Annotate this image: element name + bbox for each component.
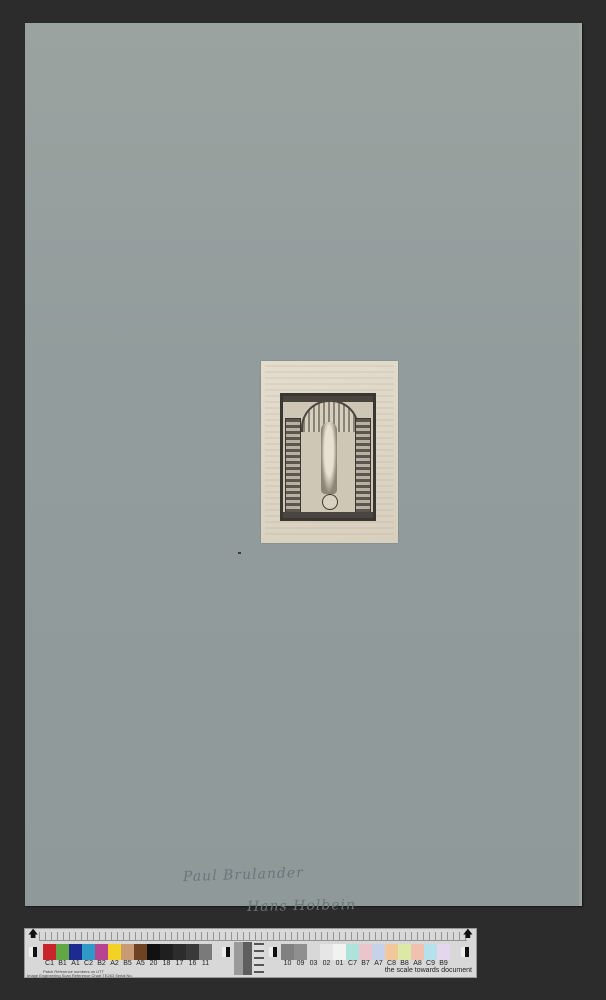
patch-label: B9 bbox=[437, 960, 450, 967]
patch-label: B1 bbox=[56, 960, 69, 967]
dust-speck bbox=[238, 552, 241, 554]
left-patch-labels: C1B1A1C2B2A2B5A52018171611 bbox=[43, 960, 212, 967]
contrast-marker bbox=[29, 947, 37, 957]
color-patch bbox=[134, 944, 147, 960]
fortune-figure bbox=[321, 422, 337, 494]
patch-label: 03 bbox=[307, 960, 320, 967]
arched-frame bbox=[280, 393, 376, 521]
patch-label: 20 bbox=[147, 960, 160, 967]
patch-label: C8 bbox=[385, 960, 398, 967]
right-color-patches bbox=[281, 944, 450, 960]
contrast-marker bbox=[269, 947, 277, 957]
color-patch bbox=[108, 944, 121, 960]
woodcut-print bbox=[261, 361, 398, 543]
color-patch bbox=[56, 944, 69, 960]
patch-label: 18 bbox=[160, 960, 173, 967]
patch-label: 02 bbox=[320, 960, 333, 967]
patch-label: 01 bbox=[333, 960, 346, 967]
gray-card-labels bbox=[254, 943, 264, 973]
frame-base bbox=[283, 512, 373, 518]
mounting-sheet: Paul Brulander Hans Holbein bbox=[25, 23, 582, 906]
left-pillar bbox=[285, 418, 301, 516]
patch-label: C2 bbox=[82, 960, 95, 967]
patch-label: A2 bbox=[108, 960, 121, 967]
color-patch bbox=[333, 944, 346, 960]
color-patch bbox=[359, 944, 372, 960]
right-pillar bbox=[355, 418, 371, 516]
patch-label: C1 bbox=[43, 960, 56, 967]
handwritten-note-1: Paul Brulander bbox=[183, 865, 304, 885]
patch-label: A5 bbox=[134, 960, 147, 967]
color-patch bbox=[398, 944, 411, 960]
left-color-patches bbox=[43, 944, 212, 960]
patch-label: A7 bbox=[372, 960, 385, 967]
color-patch bbox=[320, 944, 333, 960]
color-patch bbox=[294, 944, 307, 960]
color-patch bbox=[307, 944, 320, 960]
patch-label: A1 bbox=[69, 960, 82, 967]
right-patch-labels: 1009030201C7B7A7C8B8A8C9B9 bbox=[281, 960, 450, 967]
up-arrow-icon: 🡅 bbox=[28, 930, 38, 940]
color-patch bbox=[281, 944, 294, 960]
gray-card bbox=[234, 942, 252, 975]
patch-label: B7 bbox=[359, 960, 372, 967]
color-patch bbox=[121, 944, 134, 960]
globe bbox=[322, 494, 338, 510]
color-patch bbox=[186, 944, 199, 960]
color-patch bbox=[372, 944, 385, 960]
color-patch bbox=[424, 944, 437, 960]
contrast-marker bbox=[222, 947, 230, 957]
color-patch bbox=[346, 944, 359, 960]
patch-label: B5 bbox=[121, 960, 134, 967]
patch-label: C9 bbox=[424, 960, 437, 967]
patch-label: B2 bbox=[95, 960, 108, 967]
color-patch bbox=[147, 944, 160, 960]
patch-label: 17 bbox=[173, 960, 186, 967]
color-patch bbox=[160, 944, 173, 960]
color-patch bbox=[95, 944, 108, 960]
target-footer: Image Engineering Scan Reference Chart T… bbox=[27, 973, 133, 978]
patch-label: C7 bbox=[346, 960, 359, 967]
handwritten-note-2: Hans Holbein bbox=[247, 897, 356, 915]
ruler-scale bbox=[39, 932, 467, 941]
color-patch bbox=[385, 944, 398, 960]
color-calibration-target: 🡅 🡅 C1B1A1C2B2A2B5A52018171611 100903020… bbox=[24, 928, 477, 978]
color-patch bbox=[173, 944, 186, 960]
patch-label: A8 bbox=[411, 960, 424, 967]
color-patch bbox=[411, 944, 424, 960]
color-patch bbox=[82, 944, 95, 960]
patch-label: B8 bbox=[398, 960, 411, 967]
color-patch bbox=[43, 944, 56, 960]
patch-label: 10 bbox=[281, 960, 294, 967]
color-patch bbox=[199, 944, 212, 960]
color-patch bbox=[69, 944, 82, 960]
up-arrow-icon: 🡅 bbox=[463, 930, 473, 940]
color-patch bbox=[437, 944, 450, 960]
sheet-edge bbox=[579, 23, 582, 906]
patch-label: 09 bbox=[294, 960, 307, 967]
orientation-note: the scale towards document bbox=[385, 967, 472, 974]
patch-label: 16 bbox=[186, 960, 199, 967]
contrast-marker bbox=[461, 947, 469, 957]
patch-label: 11 bbox=[199, 960, 212, 967]
